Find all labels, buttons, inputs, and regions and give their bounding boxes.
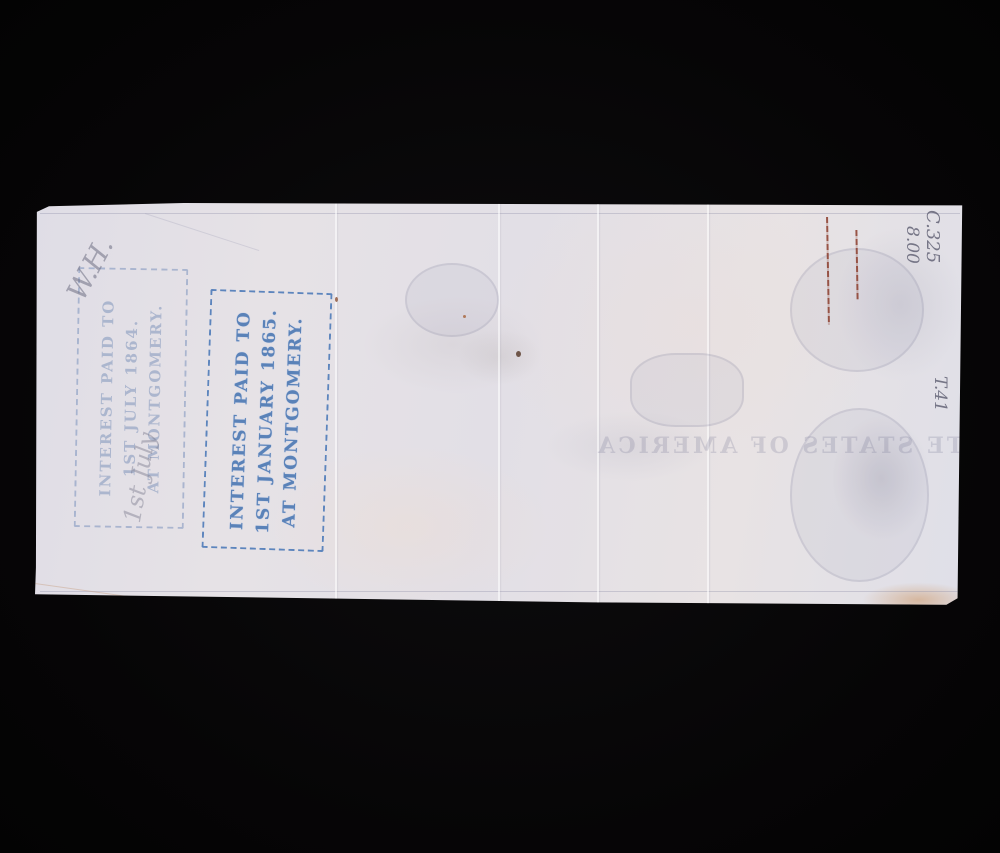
stamp-line-1: Interest paid to	[227, 309, 255, 529]
pencil-price: 8.00	[902, 226, 922, 264]
stamp-line-1: Interest paid to	[96, 299, 117, 497]
ghost-title-text: CONFEDERATE STATES OF AMERICA	[595, 433, 1000, 459]
ink-spot	[335, 297, 338, 302]
stamp-line-3: At Montgomery.	[279, 316, 306, 528]
fold-line	[498, 203, 500, 608]
stamp-text: Interest paid to 1st January 1865. At Mo…	[227, 306, 307, 534]
crease-line	[145, 213, 259, 251]
fold-line	[597, 203, 599, 608]
ink-spot	[516, 351, 521, 357]
fold-line	[335, 203, 337, 608]
ghost-vignette	[405, 263, 499, 337]
ghost-ornament	[630, 353, 744, 427]
interest-paid-stamp: Interest paid to 1st January 1865. At Mo…	[202, 289, 333, 552]
photo-stage: CONFEDERATE STATES OF AMERICA Interest p…	[0, 0, 1000, 853]
top-border-line	[40, 213, 960, 214]
stamp-line-2: 1st January 1865.	[253, 307, 281, 533]
crease-line	[35, 583, 233, 612]
pencil-grade: T.41	[930, 376, 950, 412]
pencil-catalog-number: C.325	[922, 210, 942, 263]
bottom-border-line	[40, 591, 960, 592]
ink-spot	[463, 315, 466, 318]
